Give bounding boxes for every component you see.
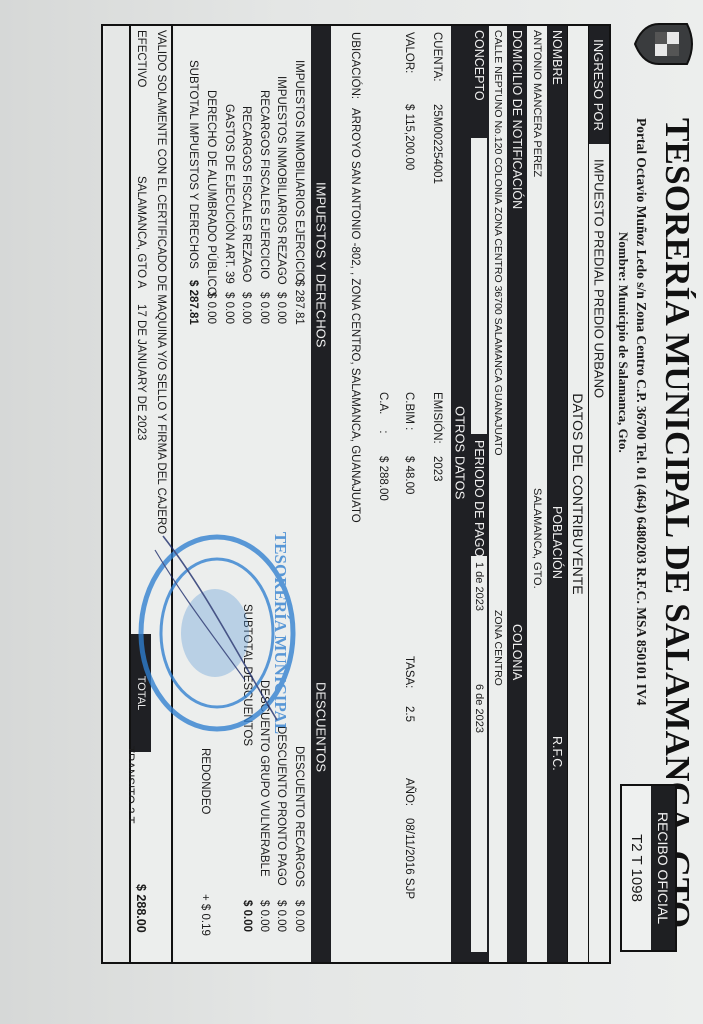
periodo-inicio: 1 de 2023	[473, 562, 485, 611]
descuento-item-label: DESCUENTO RECARGOS	[293, 746, 305, 887]
receipt-table: INGRESO POR IMPUESTO PREDIAL PREDIO URBA…	[101, 24, 611, 964]
ubicacion-value: ARROYO SAN ANTONIO -802, , ZONA CENTRO, …	[349, 108, 361, 523]
periodo-fin: 6 de 2023	[473, 684, 485, 733]
domicilio-label: DOMICILIO DE NOTIFICACIÓN	[510, 30, 524, 209]
total-label: TOTAL	[131, 634, 151, 752]
periodo-value-box: 1 de 2023 6 de 2023	[471, 556, 487, 952]
valor-value: $ 115,200.00	[403, 104, 415, 170]
descuentos-subtotal: $ 0.00	[241, 900, 253, 932]
cuenta-value: 25M002254001	[431, 104, 443, 184]
descuento-item-label: DESCUENTO PRONTO PAGO	[276, 726, 288, 886]
official-receipt-box: RECIBO OFICIAL T2 T 1098	[620, 784, 677, 952]
periodo-label: PERIODO DE PAGO	[472, 440, 486, 557]
contribuyente-title: DATOS DEL CONTRIBUYENTE	[570, 26, 586, 962]
cbim-label: C.BIM :	[403, 392, 415, 430]
concepto-label: CONCEPTO	[472, 30, 486, 101]
bottom-strip	[105, 26, 129, 962]
otros-datos-header: OTROS DATOS	[451, 26, 469, 962]
domicilio-value-row: CALLE NEPTUNO No.120 COLONIA ZONA CENTRO…	[489, 26, 507, 962]
poblacion-value: SALAMANCA, GTO.	[531, 488, 543, 589]
impuesto-item-label: DERECHO DE ALUMBRADO PÚBLICO	[206, 90, 218, 296]
rfc-label: R.F.C.	[550, 736, 564, 771]
treasury-name-line: Nombre: Municipio de Salamanca, Gto.	[615, 232, 631, 453]
anio-value: 08/11/2016 SJP	[403, 818, 415, 899]
payment-row: EFECTIVO SALAMANCA, GTO A 17 DE JANUARY …	[129, 26, 151, 962]
descuento-item-amount: $ 0.00	[258, 900, 270, 932]
impuesto-item-label: IMPUESTOS INMOBILIARIOS REZAGO	[276, 76, 288, 285]
contribuyente-section-header: DATOS DEL CONTRIBUYENTE	[567, 26, 588, 962]
impuesto-item-amount: $ 287.81	[293, 280, 305, 325]
total-amount: $ 288.00	[134, 884, 148, 933]
otros-datos-panel: CUENTA: 25M002254001 EMISIÓN: 2023 VALOR…	[331, 26, 451, 962]
coat-of-arms-icon	[633, 18, 695, 70]
nombre-value-row: ANTONIO MANCERA PEREZ SALAMANCA, GTO.	[527, 26, 547, 962]
ingreso-row: INGRESO POR IMPUESTO PREDIAL PREDIO URBA…	[588, 26, 609, 962]
treasury-address: Portal Octavio Muñoz Ledo s/n Zona Centr…	[633, 118, 649, 706]
colonia-value: ZONA CENTRO	[492, 610, 504, 686]
ingreso-value: IMPUESTO PREDIAL PREDIO URBANO	[592, 159, 607, 398]
impuestos-subtotal: $ 287.81	[187, 280, 199, 325]
descuento-item-label: DESCUENTO GRUPO VULNERABLE	[258, 680, 270, 877]
impuesto-item-label: RECARGOS FISCALES REZAGO	[241, 106, 253, 282]
concepto-value-box	[471, 138, 487, 434]
anio-label: AÑO:	[403, 778, 415, 806]
ca-value: $ 288.00	[377, 456, 389, 501]
impuesto-item-amount: $ 0.00	[241, 292, 253, 324]
emision-value: 2023	[431, 456, 443, 482]
payment-method: EFECTIVO	[135, 30, 147, 88]
official-receipt-label: RECIBO OFICIAL	[651, 786, 675, 950]
valor-label: VALOR:	[403, 32, 415, 73]
redondeo-label: REDONDEO	[199, 748, 211, 814]
ingreso-label: INGRESO POR	[589, 26, 609, 144]
descuento-item-amount: $ 0.00	[293, 900, 305, 932]
descuento-item-amount: $ 0.00	[276, 900, 288, 932]
cuenta-label: CUENTA:	[431, 32, 443, 82]
impuesto-item-label: IMPUESTOS INMOBILIARIOS EJERCICIO	[293, 60, 305, 282]
impuesto-item-amount: $ 0.00	[258, 292, 270, 324]
concepto-row: CONCEPTO PERIODO DE PAGO 1 de 2023 6 de …	[469, 26, 489, 962]
domicilio-value: CALLE NEPTUNO No.120 COLONIA ZONA CENTRO…	[492, 30, 504, 456]
descuentos-subtotal-label: SUBTOTAL DESCUENTOS	[241, 604, 253, 746]
colonia-label: COLONIA	[510, 624, 524, 680]
receipt-page: TESORERÍA MUNICIPAL DE SALAMANCA, GTO. P…	[0, 0, 703, 1024]
impuestos-descuentos-panel: IMPUESTOS INMOBILIARIOS EJERCICIO$ 287.8…	[175, 26, 311, 962]
nombre-header-row: NOMBRE POBLACIÓN R.F.C.	[547, 26, 567, 962]
impuestos-title: IMPUESTOS Y DERECHOS	[314, 182, 329, 347]
receipt-folio: T2 T 1098	[622, 786, 651, 950]
impuesto-item-amount: $ 0.00	[223, 292, 235, 324]
otros-datos-title: OTROS DATOS	[453, 406, 468, 499]
issue-date: 17 DE JANUARY DE 2023	[135, 304, 147, 440]
redondeo-value: + $ 0.19	[199, 894, 211, 936]
cbim-value: $ 48.00	[403, 456, 415, 494]
impuesto-item-label: RECARGOS FISCALES EJERCICIO	[258, 90, 270, 279]
validity-notice: VALIDO SOLAMENTE CON EL CERTIFICADO DE M…	[155, 30, 167, 534]
ca-label: C.A. :	[377, 392, 389, 434]
domicilio-header-row: DOMICILIO DE NOTIFICACIÓN COLONIA	[507, 26, 527, 962]
tasa-value: 2.5	[403, 706, 415, 722]
photo-frame: TESORERÍA MUNICIPAL DE SALAMANCA, GTO. P…	[0, 0, 703, 1024]
issue-place: SALAMANCA, GTO A	[135, 176, 147, 288]
nombre-value: ANTONIO MANCERA PEREZ	[531, 30, 543, 177]
ubicacion-label: UBICACIÓN:	[349, 32, 361, 99]
nombre-label: NOMBRE	[550, 30, 564, 85]
emision-label: EMISIÓN:	[431, 392, 443, 444]
impuesto-item-label: GASTOS DE EJECUCIÓN ART. 39	[223, 104, 235, 284]
descuentos-title: DESCUENTOS	[314, 682, 329, 772]
validity-row: VALIDO SOLAMENTE CON EL CERTIFICADO DE M…	[149, 26, 173, 962]
tasa-label: TASA:	[403, 656, 415, 688]
impuesto-item-amount: $ 0.00	[206, 292, 218, 324]
impuestos-subtotal-label: SUBTOTAL IMPUESTOS Y DERECHOS	[187, 60, 199, 269]
poblacion-label: POBLACIÓN	[550, 506, 564, 579]
impuestos-descuentos-header: IMPUESTOS Y DERECHOS DESCUENTOS	[311, 26, 331, 962]
impuesto-item-amount: $ 0.00	[276, 292, 288, 324]
